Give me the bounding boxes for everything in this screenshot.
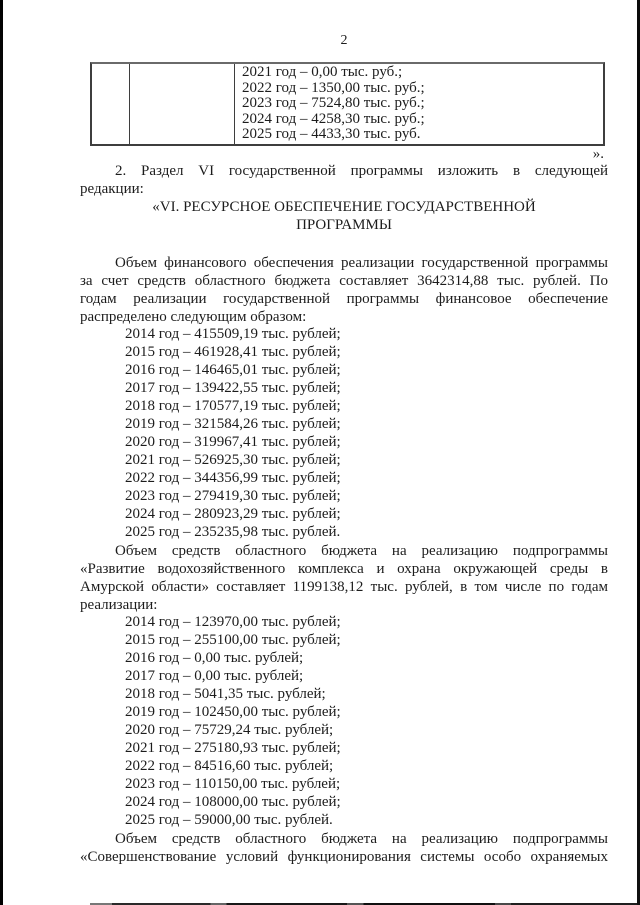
subprogram-protected-line: «Совершенствование условий функционирова… <box>80 848 608 866</box>
subprogram-water-line: реализации: <box>80 596 608 614</box>
subprogram-water-line: Объем средств областного бюджета на реал… <box>80 542 608 560</box>
year-amount-line: 2025 год – 235235,98 тыс. рублей. <box>80 524 608 542</box>
year-amount-line: 2015 год – 255100,00 тыс. рублей; <box>80 632 608 650</box>
year-amount-line: 2019 год – 321584,26 тыс. рублей; <box>80 416 608 434</box>
year-amount-line: 2020 год – 75729,24 тыс. рублей; <box>80 722 608 740</box>
closing-quote-mark: ». <box>80 147 608 162</box>
program-funding-line: распределено следующим образом: <box>80 308 608 326</box>
section-heading-line: ПРОГРАММЫ <box>80 216 608 234</box>
year-amount-line: 2020 год – 319967,41 тыс. рублей; <box>80 434 608 452</box>
year-amount-line: 2022 год – 84516,60 тыс. рублей; <box>80 758 608 776</box>
budget-table-fragment: 2021 год – 0,00 тыс. руб.;2022 год – 135… <box>90 62 605 146</box>
page-number: 2 <box>80 32 608 50</box>
year-amount-line: 2016 год – 0,00 тыс. рублей; <box>80 650 608 668</box>
year-amount-line: 2022 год – 344356,99 тыс. рублей; <box>80 470 608 488</box>
year-amount-line: 2018 год – 170577,19 тыс. рублей; <box>80 398 608 416</box>
program-funding-paragraph: Объем финансового обеспечения реализации… <box>80 254 608 326</box>
year-amount-line: 2021 год – 526925,30 тыс. рублей; <box>80 452 608 470</box>
table-amount-line: 2022 год – 1350,00 тыс. руб.; <box>242 81 601 97</box>
table-amount-line: 2025 год – 4433,30 тыс. руб. <box>242 127 601 143</box>
table-amount-line: 2023 год – 7524,80 тыс. руб.; <box>242 96 601 112</box>
year-amount-line: 2016 год – 146465,01 тыс. рублей; <box>80 362 608 380</box>
section-heading: «VI. РЕСУРСНОЕ ОБЕСПЕЧЕНИЕ ГОСУДАРСТВЕНН… <box>80 198 608 234</box>
year-amount-line: 2014 год – 123970,00 тыс. рублей; <box>80 614 608 632</box>
subprogram-water-by-year-list: 2014 год – 123970,00 тыс. рублей;2015 го… <box>80 614 608 830</box>
year-amount-line: 2023 год – 110150,00 тыс. рублей; <box>80 776 608 794</box>
year-amount-line: 2017 год – 0,00 тыс. рублей; <box>80 668 608 686</box>
subprogram-water-paragraph: Объем средств областного бюджета на реал… <box>80 542 608 614</box>
year-amount-line: 2017 год – 139422,55 тыс. рублей; <box>80 380 608 398</box>
page-content: 2 2021 год – 0,00 тыс. руб.;2022 год – 1… <box>80 0 608 866</box>
year-amount-line: 2014 год – 415509,19 тыс. рублей; <box>80 326 608 344</box>
program-funding-line: за счет средств областного бюджета соста… <box>80 272 608 290</box>
subprogram-protected-line: Объем средств областного бюджета на реал… <box>80 830 608 848</box>
year-amount-line: 2015 год – 461928,41 тыс. рублей; <box>80 344 608 362</box>
program-funding-line: Объем финансового обеспечения реализации… <box>80 254 608 272</box>
table-amount-line: 2021 год – 0,00 тыс. руб.; <box>242 65 601 81</box>
program-funding-line: годам реализации государственной програм… <box>80 290 608 308</box>
table-column-empty-2 <box>130 64 235 144</box>
amendment-line: 2. Раздел VI государственной программы и… <box>80 162 608 180</box>
subprogram-water-line: «Развитие водохозяйственного комплекса и… <box>80 560 608 578</box>
scanned-document-page: 2 2021 год – 0,00 тыс. руб.;2022 год – 1… <box>0 0 640 905</box>
year-amount-line: 2019 год – 102450,00 тыс. рублей; <box>80 704 608 722</box>
program-funding-by-year-list: 2014 год – 415509,19 тыс. рублей;2015 го… <box>80 326 608 542</box>
section-heading-line: «VI. РЕСУРСНОЕ ОБЕСПЕЧЕНИЕ ГОСУДАРСТВЕНН… <box>80 198 608 216</box>
table-amount-line: 2024 год – 4258,30 тыс. руб.; <box>242 112 601 128</box>
table-column-amounts: 2021 год – 0,00 тыс. руб.;2022 год – 135… <box>235 64 603 144</box>
year-amount-line: 2025 год – 59000,00 тыс. рублей. <box>80 812 608 830</box>
year-amount-line: 2024 год – 108000,00 тыс. рублей; <box>80 794 608 812</box>
year-amount-line: 2023 год – 279419,30 тыс. рублей; <box>80 488 608 506</box>
year-amount-line: 2024 год – 280923,29 тыс. рублей; <box>80 506 608 524</box>
year-amount-line: 2021 год – 275180,93 тыс. рублей; <box>80 740 608 758</box>
subprogram-water-line: Амурской области» составляет 1199138,12 … <box>80 578 608 596</box>
amendment-paragraph: 2. Раздел VI государственной программы и… <box>80 162 608 198</box>
amendment-line: редакции: <box>80 180 608 198</box>
subprogram-protected-paragraph: Объем средств областного бюджета на реал… <box>80 830 608 866</box>
table-column-empty-1 <box>92 64 130 144</box>
year-amount-line: 2018 год – 5041,35 тыс. рублей; <box>80 686 608 704</box>
scan-edge-left <box>0 0 3 905</box>
